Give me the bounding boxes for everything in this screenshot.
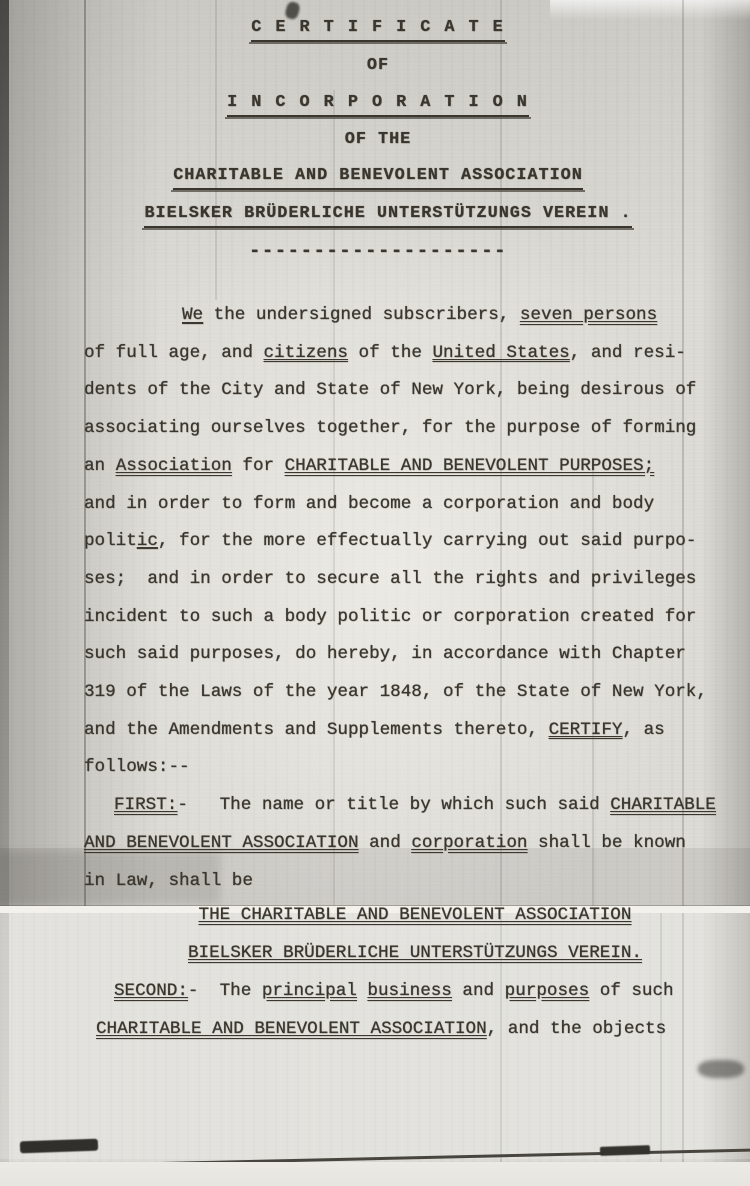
org-name-english: CHARITABLE AND BENEVOLENT ASSOCIATION xyxy=(20,166,736,190)
scan-highlight-top-right xyxy=(550,0,750,20)
title-text: BIELSKER BRÜDERLICHE UNTERSTÜTZUNGS VERE… xyxy=(144,204,631,228)
divider-dashes: -------------------- xyxy=(249,240,507,262)
doc-title-certificate: C E R T I F I C A T E xyxy=(20,18,736,42)
doc-title-incorporation: I N C O R P O R A T I O N xyxy=(20,93,736,117)
body-line-7: politic, for the more effectually carryi… xyxy=(84,523,728,561)
text-segment: of such xyxy=(589,981,673,1001)
body-line-11: 319 of the Laws of the year 1848, of the… xyxy=(84,674,728,712)
corporate-name-line-2: BIELSKER BRÜDERLICHE UNTERSTÜTZUNGS VERE… xyxy=(84,934,720,972)
emphasized-words: corporation xyxy=(411,833,527,853)
emphasized-words: seven persons xyxy=(520,305,657,325)
text-segment: for xyxy=(232,456,285,476)
title-text: OF THE xyxy=(345,130,411,149)
emphasized-words: CHARITABLE xyxy=(610,795,716,815)
body-line-3: dents of the City and State of New York,… xyxy=(84,372,728,410)
text-segment: follows:-- xyxy=(84,757,190,777)
corporate-name-english: THE CHARITABLE AND BENEVOLENT ASSOCIATIO… xyxy=(199,905,632,925)
text-segment: and xyxy=(359,833,412,853)
text-segment: of full age, and xyxy=(84,343,264,363)
body-line-5: an Association for CHARITABLE AND BENEVO… xyxy=(84,448,728,486)
text-segment: , for the more effectually carrying out … xyxy=(158,531,696,551)
emphasized-words: purposes xyxy=(505,981,589,1001)
body-line-4: associating ourselves together, for the … xyxy=(84,410,728,448)
text-segment: ses; and in order to secure all the righ… xyxy=(84,569,696,589)
below-fold-area xyxy=(0,1162,750,1186)
title-text: C E R T I F I C A T E xyxy=(251,18,504,42)
emphasized-words: United States xyxy=(432,343,569,363)
text-segment: of the xyxy=(348,343,432,363)
body-paragraph: We the undersigned subscribers, seven pe… xyxy=(84,297,728,900)
underlined-word: We xyxy=(182,305,203,325)
body-line-10: such said purposes, do hereby, in accord… xyxy=(84,636,728,674)
emphasized-words: citizens xyxy=(264,343,348,363)
text-segment: dents of the City and State of New York,… xyxy=(84,380,696,400)
doc-title-of: OF xyxy=(20,56,736,75)
clause-second-line-1: SECOND:- The principal business and purp… xyxy=(84,972,720,1010)
text-segment: in Law, shall be xyxy=(84,871,253,891)
scan-edge-left xyxy=(0,0,9,1186)
title-text: I N C O R P O R A T I O N xyxy=(227,93,529,117)
text-segment: incident to such a body politic or corpo… xyxy=(84,607,696,627)
ink-blot-bottom-left xyxy=(20,1139,98,1154)
page-fold-line xyxy=(0,1148,750,1169)
text-segment: , and resi- xyxy=(570,343,686,363)
text-segment: associating ourselves together, for the … xyxy=(84,418,696,438)
text-segment: polit xyxy=(84,531,137,551)
clause-first-line-1: FIRST:- The name or title by which such … xyxy=(84,787,728,825)
body-line-13: follows:-- xyxy=(84,749,728,787)
corporate-name-german: BIELSKER BRÜDERLICHE UNTERSTÜTZUNGS VERE… xyxy=(188,943,642,963)
text-segment: 319 of the Laws of the year 1848, of the… xyxy=(84,682,707,702)
title-text: OF xyxy=(367,56,389,75)
text-segment: , and the objects xyxy=(487,1019,667,1039)
text-segment: and the Amendments and Supplements there… xyxy=(84,720,549,740)
text-segment xyxy=(357,981,368,1001)
body-line-8: ses; and in order to secure all the righ… xyxy=(84,561,728,599)
clause-first-line-3: in Law, shall be xyxy=(84,863,728,901)
org-name-german: BIELSKER BRÜDERLICHE UNTERSTÜTZUNGS VERE… xyxy=(20,204,746,228)
emphasized-words: AND BENEVOLENT ASSOCIATION xyxy=(84,833,359,853)
clause-label-second: SECOND: xyxy=(114,981,188,1001)
emphasized-words: CHARITABLE AND BENEVOLENT ASSOCIATION xyxy=(96,1019,487,1039)
text-segment: shall be known xyxy=(527,833,685,853)
text-segment: such said purposes, do hereby, in accord… xyxy=(84,644,686,664)
body-line-12: and the Amendments and Supplements there… xyxy=(84,712,728,750)
emphasized-words: CHARITABLE AND BENEVOLENT PURPOSES; xyxy=(285,456,655,476)
text-segment: the undersigned subscribers, xyxy=(203,305,520,325)
text-segment: and in order to form and become a corpor… xyxy=(84,494,654,514)
body-line-1: We the undersigned subscribers, seven pe… xyxy=(84,297,728,335)
corporate-name-block: THE CHARITABLE AND BENEVOLENT ASSOCIATIO… xyxy=(84,896,720,1048)
scanned-certificate-page: C E R T I F I C A T E OF I N C O R P O R… xyxy=(0,0,750,1186)
text-segment: , as xyxy=(622,720,664,740)
text-segment: an xyxy=(84,456,116,476)
body-line-2: of full age, and citizens of the United … xyxy=(84,335,728,373)
emphasized-words: CERTIFY xyxy=(549,720,623,740)
emphasized-words: business xyxy=(367,981,451,1001)
clause-label-first: FIRST: xyxy=(114,795,177,815)
emphasized-words: principal xyxy=(262,981,357,1001)
corrected-letters: ic xyxy=(137,531,158,551)
body-line-9: incident to such a body politic or corpo… xyxy=(84,599,728,637)
body-line-6: and in order to form and become a corpor… xyxy=(84,486,728,524)
text-segment: - The xyxy=(188,981,262,1001)
text-segment: - The name or title by which such said xyxy=(177,795,610,815)
doc-title-of-the: OF THE xyxy=(20,130,736,149)
corporate-name-line-1: THE CHARITABLE AND BENEVOLENT ASSOCIATIO… xyxy=(84,896,720,934)
emphasized-words: Association xyxy=(116,456,232,476)
clause-first-line-2: AND BENEVOLENT ASSOCIATION and corporati… xyxy=(84,825,728,863)
clause-second-line-2: CHARITABLE AND BENEVOLENT ASSOCIATION, a… xyxy=(84,1010,720,1048)
dashed-divider: -------------------- xyxy=(20,240,736,262)
title-text: CHARITABLE AND BENEVOLENT ASSOCIATION xyxy=(173,166,583,190)
ink-smudge-right xyxy=(698,1060,744,1078)
ink-blot-bottom-middle xyxy=(600,1145,650,1156)
text-segment: and xyxy=(452,981,505,1001)
